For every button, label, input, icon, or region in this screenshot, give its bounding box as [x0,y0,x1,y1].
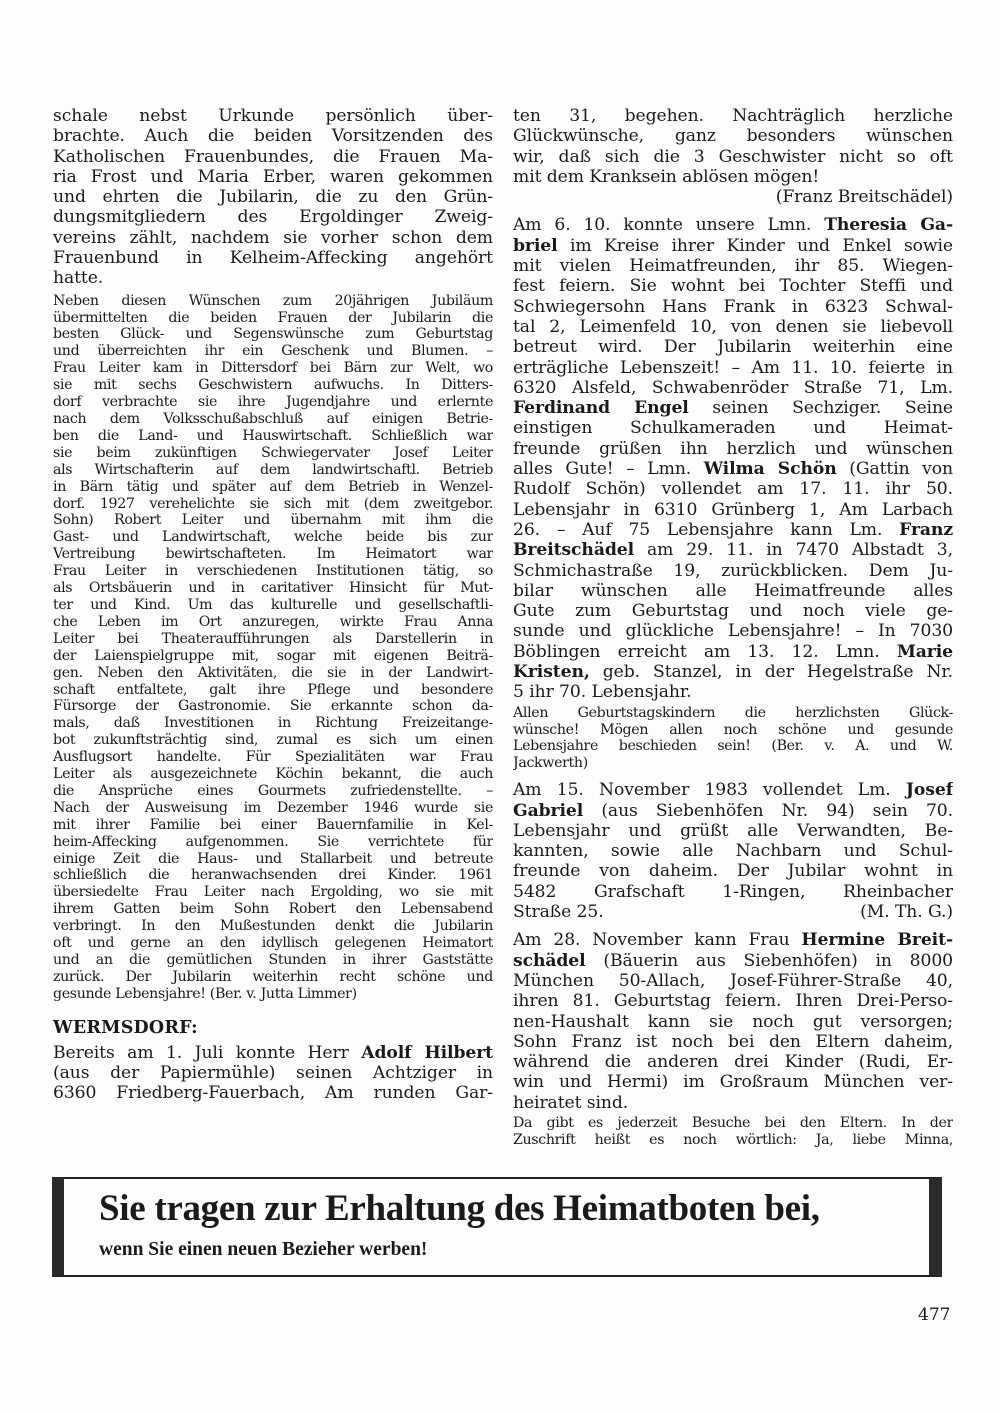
text-line: ten 31, begehen. Nachträglich herzliche [513,106,953,126]
text: (Bäuerin aus Siebenhöfen) in 8000 [586,951,953,971]
text-line: ter und Kind. Um das kulturelle und gese… [53,597,493,614]
text-line: che Leben im Ort anzuregen, wirkte Frau … [53,614,493,631]
text-line: als Wirtschafterin auf dem landwirtschaf… [53,462,493,479]
text-line: vereins zählt, nachdem sie vorher schon … [53,228,493,248]
signature-franz-breitschaedel: (Franz Breitschädel) [513,187,953,207]
text-line: Lebensjahr in 6310 Grünberg 1, Am Larbac… [513,500,953,520]
text-line: während die anderen drei Kinder (Rudi, E… [513,1052,953,1072]
right-column: ten 31, begehen. Nachträglich herzlicheG… [513,106,953,1149]
name-theresia-gabriel-cont: briel [513,236,558,256]
text-line: sie beim zukünftigen Schwiegervater Jose… [53,445,493,462]
text-line: nach dem Volksschußabschluß auf einigen … [53,411,493,428]
text-line: Sohn) Robert Leiter und übernahm mit ihm… [53,512,493,529]
text-line: schließlich die heranwachsenden drei Kin… [53,867,493,884]
text-line: 5482 Grafschaft 1-Ringen, Rheinbacher [513,882,953,902]
text-line: betreut wird. Der Jubilarin weiterhin ei… [513,337,953,357]
name-marie-kristen-cont: Kristen, [513,662,590,682]
text-line: und überreichten ihr ein Geschenk und Bl… [53,343,493,360]
name-wilma-schoen: Wilma Schön [704,459,837,479]
text-line: Gute zum Geburtstag und noch viele ge- [513,601,953,621]
text-line: verbringt. In den Mußestunden denkt die … [53,918,493,935]
text-line: ihrem Gatten beim Sohn Robert den Lebens… [53,901,493,918]
text-line: bot zukunftsträchtig sind, zumal es sich… [53,732,493,749]
text-line: dorf. 1927 verehelichte sie sich mit (de… [53,496,493,513]
text-line: Glückwünsche, ganz besonders wünschen [513,126,953,146]
text-line: bilar wünschen alle Heimatfreunde alles [513,581,953,601]
paragraph-urkunde: schale nebst Urkunde persönlich über-bra… [53,106,493,289]
text-line: Ausflugsort handelte. Für Spezialitäten … [53,749,493,766]
left-column: schale nebst Urkunde persönlich über-bra… [53,106,493,1104]
text-line: erträgliche Lebenszeit! – Am 11. 10. fei… [513,358,953,378]
text-line: die Ansprüche eines Gourmets zufriedenst… [53,783,493,800]
paragraph-hermine-breitschaedel: Am 28. November kann Frau Hermine Breit-… [513,930,953,1113]
name-hermine-breitschaedel-cont: schädel [513,951,586,971]
text-line: Schwiegersohn Hans Frank in 6323 Schwal- [513,297,953,317]
text-line: Fürsorge der Gastronomie. Sie erkannte s… [53,698,493,715]
text-line: gesunde Lebensjahre! (Ber. v. Jutta Limm… [53,986,493,1003]
text-line: Sohn Franz ist noch bei den Eltern dahei… [513,1032,953,1052]
name-hermine-breitschaedel: Hermine Breit- [801,930,953,950]
text-line: ihren 81. Geburtstag feiern. Ihren Drei-… [513,991,953,1011]
text-line: ria Frost und Maria Erber, waren gekomme… [53,167,493,187]
text-line: ben die Land- und Hauswirtschaft. Schlie… [53,428,493,445]
paragraph-birthdays-list: Am 6. 10. konnte unsere Lmn. Theresia Ga… [513,215,953,702]
text-line: Jackwerth) [513,755,953,772]
name-theresia-gabriel: Theresia Ga- [824,215,953,235]
text-line: wir, daß sich die 3 Geschwister nicht so… [513,147,953,167]
text-line: wünsche! Mögen allen noch schöne und ges… [513,722,953,739]
signature: (Franz Breitschädel) [513,187,953,207]
text-line: und an die gemütlichen Stunden in ihrer … [53,952,493,969]
text-line: Allen Geburtstagskindern die herzlichste… [513,705,953,722]
text-line: Da gibt es jederzeit Besuche bei den Elt… [513,1115,953,1132]
text-line: oft und gerne an den idyllisch gelegenen… [53,935,493,952]
text-line: Vertreibung bewirtschafteten. Im Heimato… [53,546,493,563]
paragraph-geschwister: ten 31, begehen. Nachträglich herzlicheG… [513,106,953,187]
text: Am 6. 10. konnte unsere Lmn. [513,215,824,235]
text: (Gattin von [837,459,953,479]
text: geb. Stanzel, in der Hegelstraße Nr. [590,662,953,682]
text-line: hatte. [53,268,493,288]
text-line: schaft entfaltete, galt ihre Pflege und … [53,682,493,699]
text: Straße 25. [513,902,604,922]
text: seinen Sechziger. Seine [689,398,953,418]
text-line: zurück. Der Jubilarin weiterhin recht sc… [53,969,493,986]
text-line: dorf verbrachte sie ihre Jugendjahre und… [53,394,493,411]
paragraph-greetings: Allen Geburtstagskindern die herzlichste… [513,705,953,773]
text-line: übersiedelte Frau Leiter nach Ergolding,… [53,884,493,901]
text: alles Gute! – Lmn. [513,459,704,479]
text-line: Neben diesen Wünschen zum 20jährigen Jub… [53,293,493,310]
text: (aus Siebenhöfen Nr. 94) sein 70. [583,801,953,821]
text-line: Katholischen Frauenbundes, die Frauen Ma… [53,147,493,167]
text-line: tal 2, Leimenfeld 10, von denen sie lieb… [513,317,953,337]
name-marie-kristen: Marie [897,642,953,662]
text-line: Rudolf Schön) vollendet am 17. 11. ihr 5… [513,479,953,499]
text-line: Nach der Ausweisung im Dezember 1946 wur… [53,800,493,817]
name-josef-gabriel: Josef [906,780,953,800]
paragraph-frau-leiter-biography: Neben diesen Wünschen zum 20jährigen Jub… [53,293,493,1003]
text-line: einige Zeit die Haus- und Stallarbeit un… [53,851,493,868]
text-line: freunde grüßen ihn herzlich und wünschen [513,439,953,459]
text-line: (aus der Papiermühle) seinen Achtziger i… [53,1063,493,1083]
text-line: Frauenbund in Kelheim-Affecking angehört [53,248,493,268]
text-line: sie mit sechs Geschwistern aufwuchs. In … [53,377,493,394]
text-line: einstigen Schulkameraden und Heimat- [513,418,953,438]
text: 26. – Auf 75 Lebensjahre kann Lm. [513,520,899,540]
text-line: mit vielen Heimatfreunden, ihr 85. Wiege… [513,256,953,276]
name-franz-breitschaedel: Franz [899,520,953,540]
text-line: win und Hermi) im Großraum München ver- [513,1072,953,1092]
text: am 29. 11. in 7470 Albstadt 3, [634,540,953,560]
section-heading-wermsdorf: WERMSDORF: [53,1017,493,1039]
text-line: Gast- und Landwirtschaft, welche beide b… [53,529,493,546]
text-line: mit ihrer Familie bei einer Bauernfamili… [53,817,493,834]
text-line: heiratet sind. [513,1093,953,1113]
text-line: Frau Leiter in verschiedenen Institution… [53,563,493,580]
text-line: in Bärn tätig und später auf dem Betrieb… [53,479,493,496]
paragraph-besuche: Da gibt es jederzeit Besuche bei den Elt… [513,1115,953,1149]
text-line: Leiter bei Theateraufführungen als Darst… [53,631,493,648]
name-josef-gabriel-cont: Gabriel [513,801,583,821]
text-line: Lebensjahr und grüßt alle Verwandten, Be… [513,821,953,841]
text-line: freunde von daheim. Der Jubilar wohnt in [513,861,953,881]
text-line: gen. Neben den Aktivitäten, die sie in d… [53,665,493,682]
text-line: mals, daß Investitionen in Richtung Frei… [53,715,493,732]
text: Böblingen erreicht am 13. 12. Lmn. [513,642,897,662]
text-line: heim-Affecking aufgenommen. Sie verricht… [53,834,493,851]
text-line: übermittelten die beiden Frauen der Jubi… [53,310,493,327]
page-number: 477 [918,1305,950,1325]
text: Am 28. November kann Frau [513,930,801,950]
text-line: kannten, sowie alle Nachbarn und Schul- [513,841,953,861]
text-line: 6360 Friedberg-Fauerbach, Am runden Gar- [53,1083,493,1103]
paragraph-josef-gabriel: Am 15. November 1983 vollendet Lm. Josef… [513,780,953,922]
text-line: Schmichastraße 19, zurückblicken. Dem Ju… [513,561,953,581]
name-adolf-hilbert: Adolf Hilbert [361,1043,493,1063]
banner-title: Sie tragen zur Erhaltung des Heimatboten… [99,1187,820,1230]
text-line: dungsmitgliedern des Ergoldinger Zweig- [53,207,493,227]
text-line: 5 ihr 70. Lebensjahr. [513,682,953,702]
text-line: fest feiern. Sie wohnt bei Tochter Steff… [513,276,953,296]
name-ferdinand-engel: Ferdinand Engel [513,398,689,418]
text-line: sunde und glückliche Lebensjahre! – In 7… [513,621,953,641]
text: Am 15. November 1983 vollendet Lm. [513,780,906,800]
text-line: München 50-Allach, Josef-Führer-Straße 4… [513,971,953,991]
text-line: als Ortsbäuerin und in caritativer Hinsi… [53,580,493,597]
paragraph-adolf-hilbert: Bereits am 1. Juli konnte Herr Adolf Hil… [53,1043,493,1104]
text-line: mit dem Kranksein ablösen mögen! [513,167,953,187]
text-line: besten Glück- und Segenswünsche zum Gebu… [53,326,493,343]
text-line: 6320 Alsfeld, Schwabenröder Straße 71, L… [513,378,953,398]
signature: (M. Th. G.) [860,902,953,922]
text-line: Zuschrift heißt es noch wörtlich: Ja, li… [513,1132,953,1149]
text: im Kreise ihrer Kinder und Enkel sowie [558,236,953,256]
text-line: Lebensjahre beschieden sein! (Ber. v. A.… [513,738,953,755]
banner-subtitle: wenn Sie einen neuen Bezieher werben! [99,1239,427,1261]
text-line: und ehrten die Jubilarin, die zu den Grü… [53,187,493,207]
text-line: Leiter als ausgezeichnete Köchin bekannt… [53,766,493,783]
name-franz-breitschaedel-cont: Breitschädel [513,540,634,560]
text: Bereits am 1. Juli konnte Herr [53,1043,361,1063]
text-line: nen-Haushalt kann sie noch gut versorgen… [513,1012,953,1032]
text-line: brachte. Auch die beiden Vorsitzenden de… [53,126,493,146]
text-line: Frau Leiter kam in Dittersdorf bei Bärn … [53,360,493,377]
text-line: schale nebst Urkunde persönlich über- [53,106,493,126]
subscriber-banner: Sie tragen zur Erhaltung des Heimatboten… [52,1177,942,1277]
text-line: der Laienspielgruppe mit, sogar mit eige… [53,648,493,665]
